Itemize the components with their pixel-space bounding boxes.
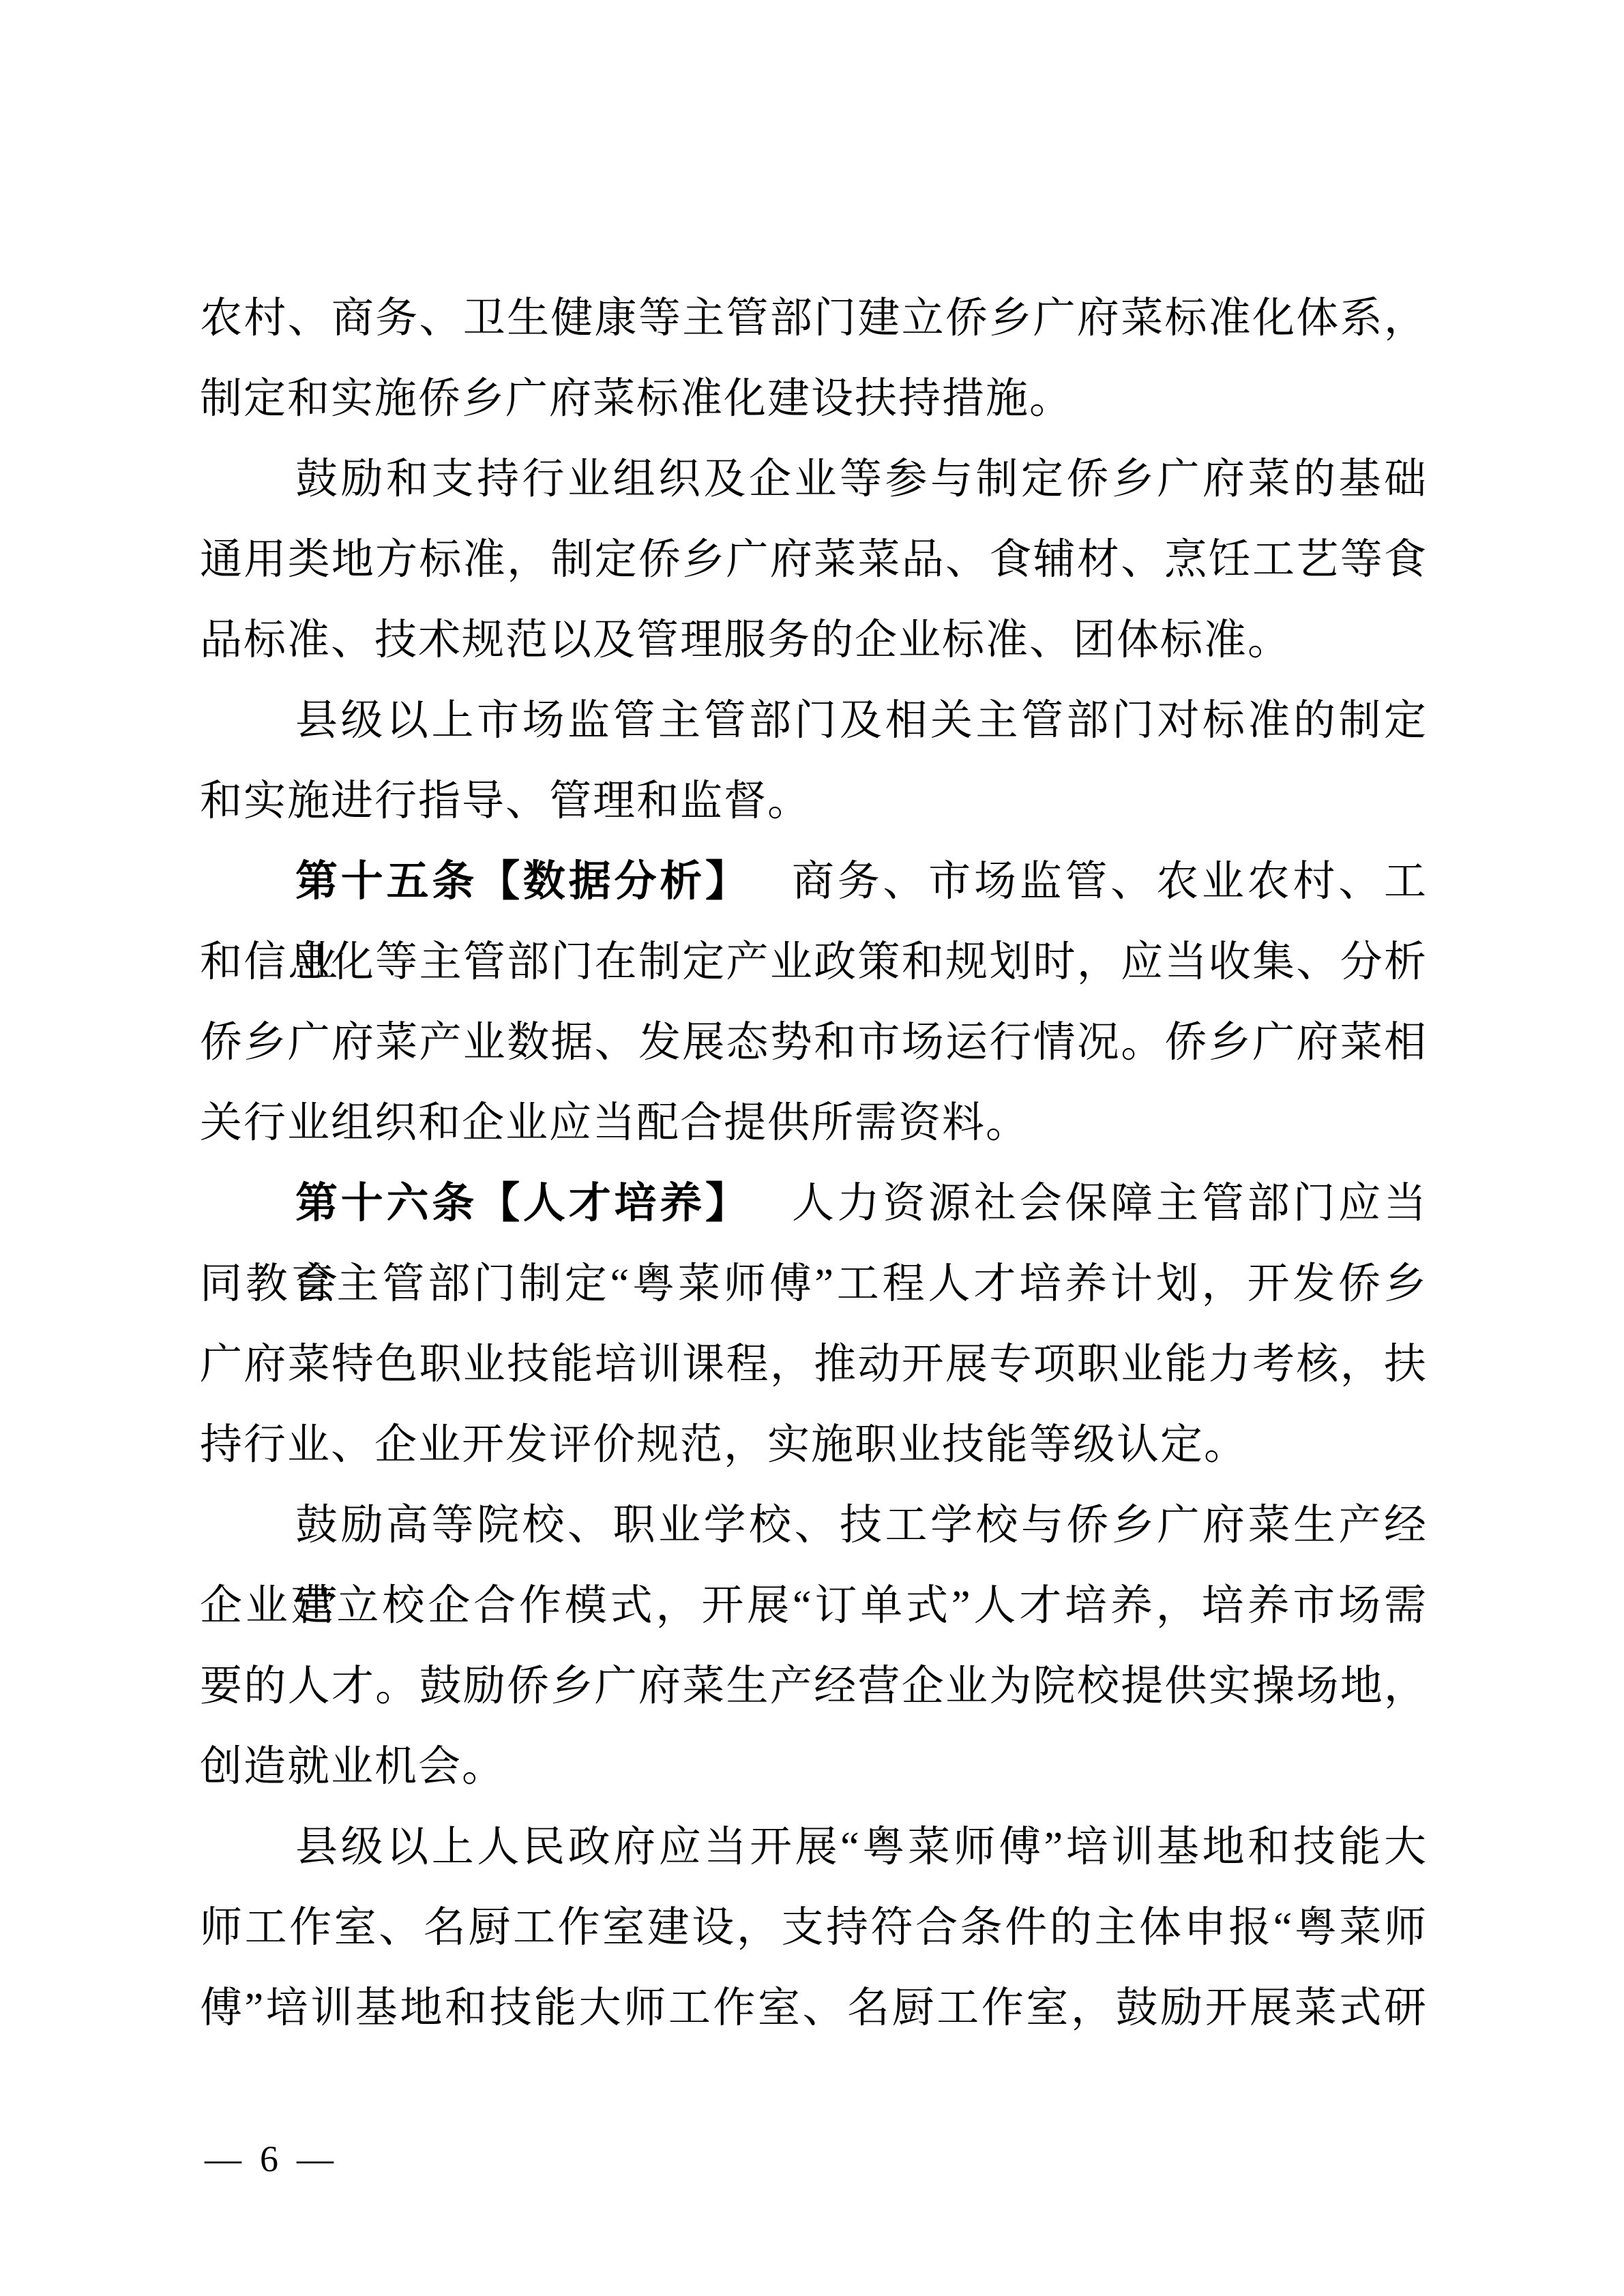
text-line: 鼓励高等院校、职业学校、技工学校与侨乡广府菜生产经营 — [200, 1485, 1428, 1566]
text-line: 要的人才。鼓励侨乡广府菜生产经营企业为院校提供实操场地， — [200, 1646, 1428, 1727]
text-line: 侨乡广府菜产业数据、发展态势和市场运行情况。侨乡广府菜相 — [200, 1002, 1428, 1083]
text-segment: 县级以上市场监管主管部门及相关主管部门对标准的制定 — [295, 698, 1428, 744]
paragraph-article-16: 第十六条【人才培养】人力资源社会保障主管部门应当会同教育主管部门制定“粤菜师傅”… — [200, 1163, 1428, 1485]
article-heading: 第十五条【数据分析】 — [295, 858, 751, 905]
text-segment: 通用类地方标准，制定侨乡广府菜菜品、食辅材、烹饪工艺等食 — [200, 537, 1428, 583]
text-line: 通用类地方标准，制定侨乡广府菜菜品、食辅材、烹饪工艺等食 — [200, 520, 1428, 600]
paragraph-body-continuation: 农村、商务、卫生健康等主管部门建立侨乡广府菜标准化体系，制定和实施侨乡广府菜标准… — [200, 278, 1428, 439]
text-line: 持行业、企业开发评价规范，实施职业技能等级认定。 — [200, 1405, 1428, 1485]
text-segment: 鼓励和支持行业组织及企业等参与制定侨乡广府菜的基础 — [295, 456, 1428, 503]
text-segment: 品标准、技术规范以及管理服务的企业标准、团体标准。 — [200, 617, 1291, 664]
text-line: 品标准、技术规范以及管理服务的企业标准、团体标准。 — [200, 600, 1428, 681]
text-segment: 要的人才。鼓励侨乡广府菜生产经营企业为院校提供实操场地， — [200, 1663, 1428, 1710]
text-line: 企业建立校企合作模式，开展“订单式”人才培养，培养市场需 — [200, 1566, 1428, 1646]
text-line: 傅”培训基地和技能大师工作室、名厨工作室，鼓励开展菜式研 — [200, 1968, 1428, 2048]
page-footer: — 6 — — [205, 2132, 334, 2186]
text-segment: 傅”培训基地和技能大师工作室、名厨工作室，鼓励开展菜式研 — [200, 1985, 1428, 2031]
text-segment: 和信息化等主管部门在制定产业政策和规划时，应当收集、分析 — [200, 939, 1428, 985]
text-line: 关行业组织和企业应当配合提供所需资料。 — [200, 1083, 1428, 1163]
text-line: 师工作室、名厨工作室建设，支持符合条件的主体申报“粤菜师 — [200, 1888, 1428, 1968]
text-line: 第十六条【人才培养】人力资源社会保障主管部门应当会 — [200, 1163, 1428, 1244]
text-segment: 农村、商务、卫生健康等主管部门建立侨乡广府菜标准化体系， — [200, 295, 1428, 342]
text-segment: 制定和实施侨乡广府菜标准化建设扶持措施。 — [200, 376, 1073, 422]
text-segment: 广府菜特色职业技能培训课程，推动开展专项职业能力考核，扶 — [200, 1341, 1428, 1388]
text-line: 和信息化等主管部门在制定产业政策和规划时，应当收集、分析 — [200, 922, 1428, 1002]
text-line: 县级以上市场监管主管部门及相关主管部门对标准的制定 — [200, 681, 1428, 761]
text-line: 鼓励和支持行业组织及企业等参与制定侨乡广府菜的基础 — [200, 439, 1428, 520]
text-segment: 创造就业机会。 — [200, 1744, 505, 1790]
text-line: 同教育主管部门制定“粤菜师傅”工程人才培养计划，开发侨乡 — [200, 1244, 1428, 1324]
paragraph-body: 县级以上人民政府应当开展“粤菜师傅”培训基地和技能大师工作室、名厨工作室建设，支… — [200, 1807, 1428, 2048]
paragraph-body: 县级以上市场监管主管部门及相关主管部门对标准的制定和实施进行指导、管理和监督。 — [200, 681, 1428, 841]
text-line: 第十五条【数据分析】商务、市场监管、农业农村、工业 — [200, 841, 1428, 922]
paragraph-body: 鼓励高等院校、职业学校、技工学校与侨乡广府菜生产经营企业建立校企合作模式，开展“… — [200, 1485, 1428, 1807]
text-segment: 县级以上人民政府应当开展“粤菜师傅”培训基地和技能大 — [295, 1824, 1428, 1870]
text-segment: 企业建立校企合作模式，开展“订单式”人才培养，培养市场需 — [200, 1583, 1428, 1629]
text-line: 广府菜特色职业技能培训课程，推动开展专项职业能力考核，扶 — [200, 1324, 1428, 1405]
text-line: 和实施进行指导、管理和监督。 — [200, 761, 1428, 841]
footer-dash-left: — — [205, 2132, 241, 2186]
paragraph-body: 鼓励和支持行业组织及企业等参与制定侨乡广府菜的基础通用类地方标准，制定侨乡广府菜… — [200, 439, 1428, 681]
paragraph-article-15: 第十五条【数据分析】商务、市场监管、农业农村、工业和信息化等主管部门在制定产业政… — [200, 841, 1428, 1163]
text-line: 制定和实施侨乡广府菜标准化建设扶持措施。 — [200, 359, 1428, 439]
text-segment: 侨乡广府菜产业数据、发展态势和市场运行情况。侨乡广府菜相 — [200, 1019, 1428, 1066]
text-line: 农村、商务、卫生健康等主管部门建立侨乡广府菜标准化体系， — [200, 278, 1428, 359]
article-heading: 第十六条【人才培养】 — [295, 1180, 751, 1227]
text-segment: 关行业组织和企业应当配合提供所需资料。 — [200, 1100, 1029, 1146]
text-segment: 师工作室、名厨工作室建设，支持符合条件的主体申报“粤菜师 — [200, 1905, 1428, 1951]
text-segment: 同教育主管部门制定“粤菜师傅”工程人才培养计划，开发侨乡 — [200, 1261, 1428, 1307]
document-page: 农村、商务、卫生健康等主管部门建立侨乡广府菜标准化体系，制定和实施侨乡广府菜标准… — [0, 0, 1624, 2296]
text-line: 县级以上人民政府应当开展“粤菜师傅”培训基地和技能大 — [200, 1807, 1428, 1888]
footer-dash-right: — — [297, 2132, 334, 2186]
page-number: 6 — [260, 2132, 278, 2186]
text-segment: 持行业、企业开发评价规范，实施职业技能等级认定。 — [200, 1422, 1247, 1468]
text-segment: 和实施进行指导、管理和监督。 — [200, 778, 811, 824]
text-line: 创造就业机会。 — [200, 1727, 1428, 1807]
document-body: 农村、商务、卫生健康等主管部门建立侨乡广府菜标准化体系，制定和实施侨乡广府菜标准… — [200, 278, 1428, 2048]
